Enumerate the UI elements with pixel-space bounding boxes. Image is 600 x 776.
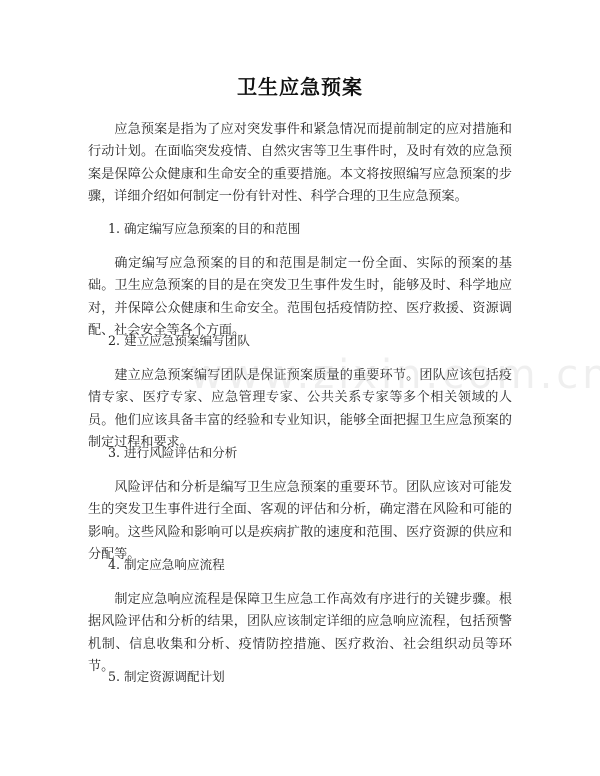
document-title: 卫生应急预案	[88, 73, 512, 101]
section-heading-5: 5. 制定资源调配计划	[108, 667, 225, 687]
section-heading-1: 1. 确定编写应急预案的目的和范围	[108, 219, 300, 239]
section-body-1: 确定编写应急预案的目的和范围是制定一份全面、实际的预案的基础。卫生应急预案的目的…	[88, 253, 512, 343]
section-body-2: 建立应急预案编写团队是保证预案质量的重要环节。团队应该包括疫情专家、医疗专家、应…	[88, 365, 512, 455]
section-body-4: 制定应急响应流程是保障卫生应急工作高效有序进行的关键步骤。根据风险评估和分析的结…	[88, 589, 512, 679]
section-heading-3: 3. 进行风险评估和分析	[108, 443, 237, 463]
section-heading-4: 4. 制定应急响应流程	[108, 555, 225, 575]
section-heading-2: 2. 建立应急预案编写团队	[108, 331, 250, 351]
section-body-3: 风险评估和分析是编写卫生应急预案的重要环节。团队应该对可能发生的突发卫生事件进行…	[88, 477, 512, 567]
intro-paragraph: 应急预案是指为了应对突发事件和紧急情况而提前制定的应对措施和行动计划。在面临突发…	[88, 119, 512, 209]
